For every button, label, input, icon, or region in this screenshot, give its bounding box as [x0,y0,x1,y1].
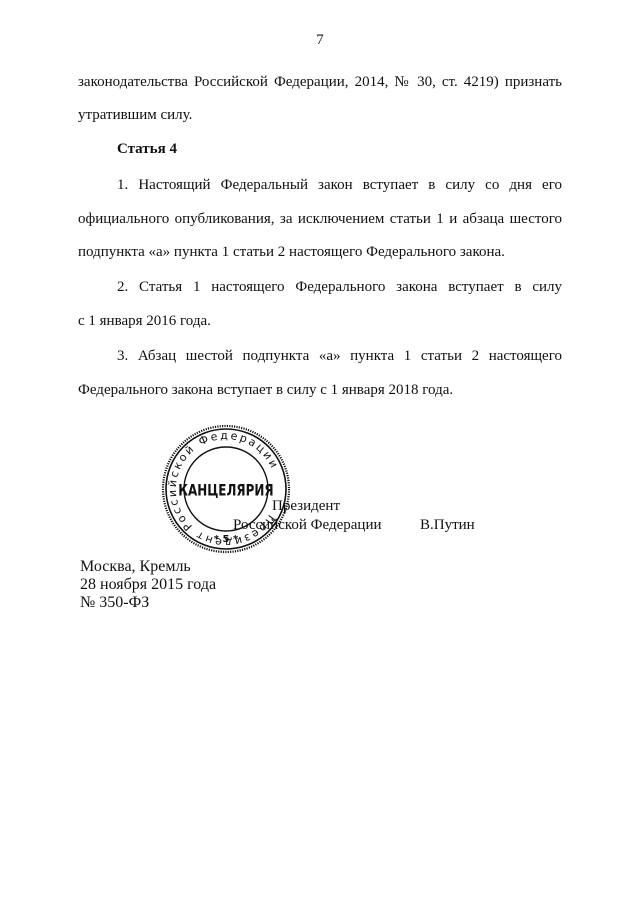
item-2-line-2: с 1 января 2016 года. [78,312,562,330]
item-1-line-1: 1. Настоящий Федеральный закон вступает … [117,176,562,194]
item-1-line-2: официального опубликования, за исключени… [78,210,562,228]
official-seal-stamp: Президент Российской Федерации КАНЦЕЛЯРИ… [160,423,292,555]
article-heading: Статья 4 [117,140,601,158]
signature-title-line-2: Российской Федерации [233,516,382,534]
item-3-line-1: 3. Абзац шестой подпункта «а» пункта 1 с… [117,347,562,365]
item-1-line-3: подпункта «а» пункта 1 статьи 2 настояще… [78,243,562,261]
signing-place: Москва, Кремль [80,558,191,576]
item-2-line-1: 2. Статья 1 настоящего Федерального зако… [117,278,562,296]
continuation-line-1: законодательства Российской Федерации, 2… [78,73,562,91]
continuation-line-2: утратившим силу. [78,106,562,124]
item-3-line-2: Федерального закона вступает в силу с 1 … [78,381,562,399]
law-number: № 350-ФЗ [80,594,149,612]
signature-name: В.Путин [420,516,475,534]
seal-number: * 5 * [214,534,239,545]
seal-center-text: КАНЦЕЛЯРИЯ [178,482,273,500]
page-number: 7 [0,31,640,49]
seal-icon: Президент Российской Федерации КАНЦЕЛЯРИ… [160,423,292,555]
signing-date: 28 ноября 2015 года [80,576,216,594]
signature-title-line-1: Президент [272,497,340,515]
